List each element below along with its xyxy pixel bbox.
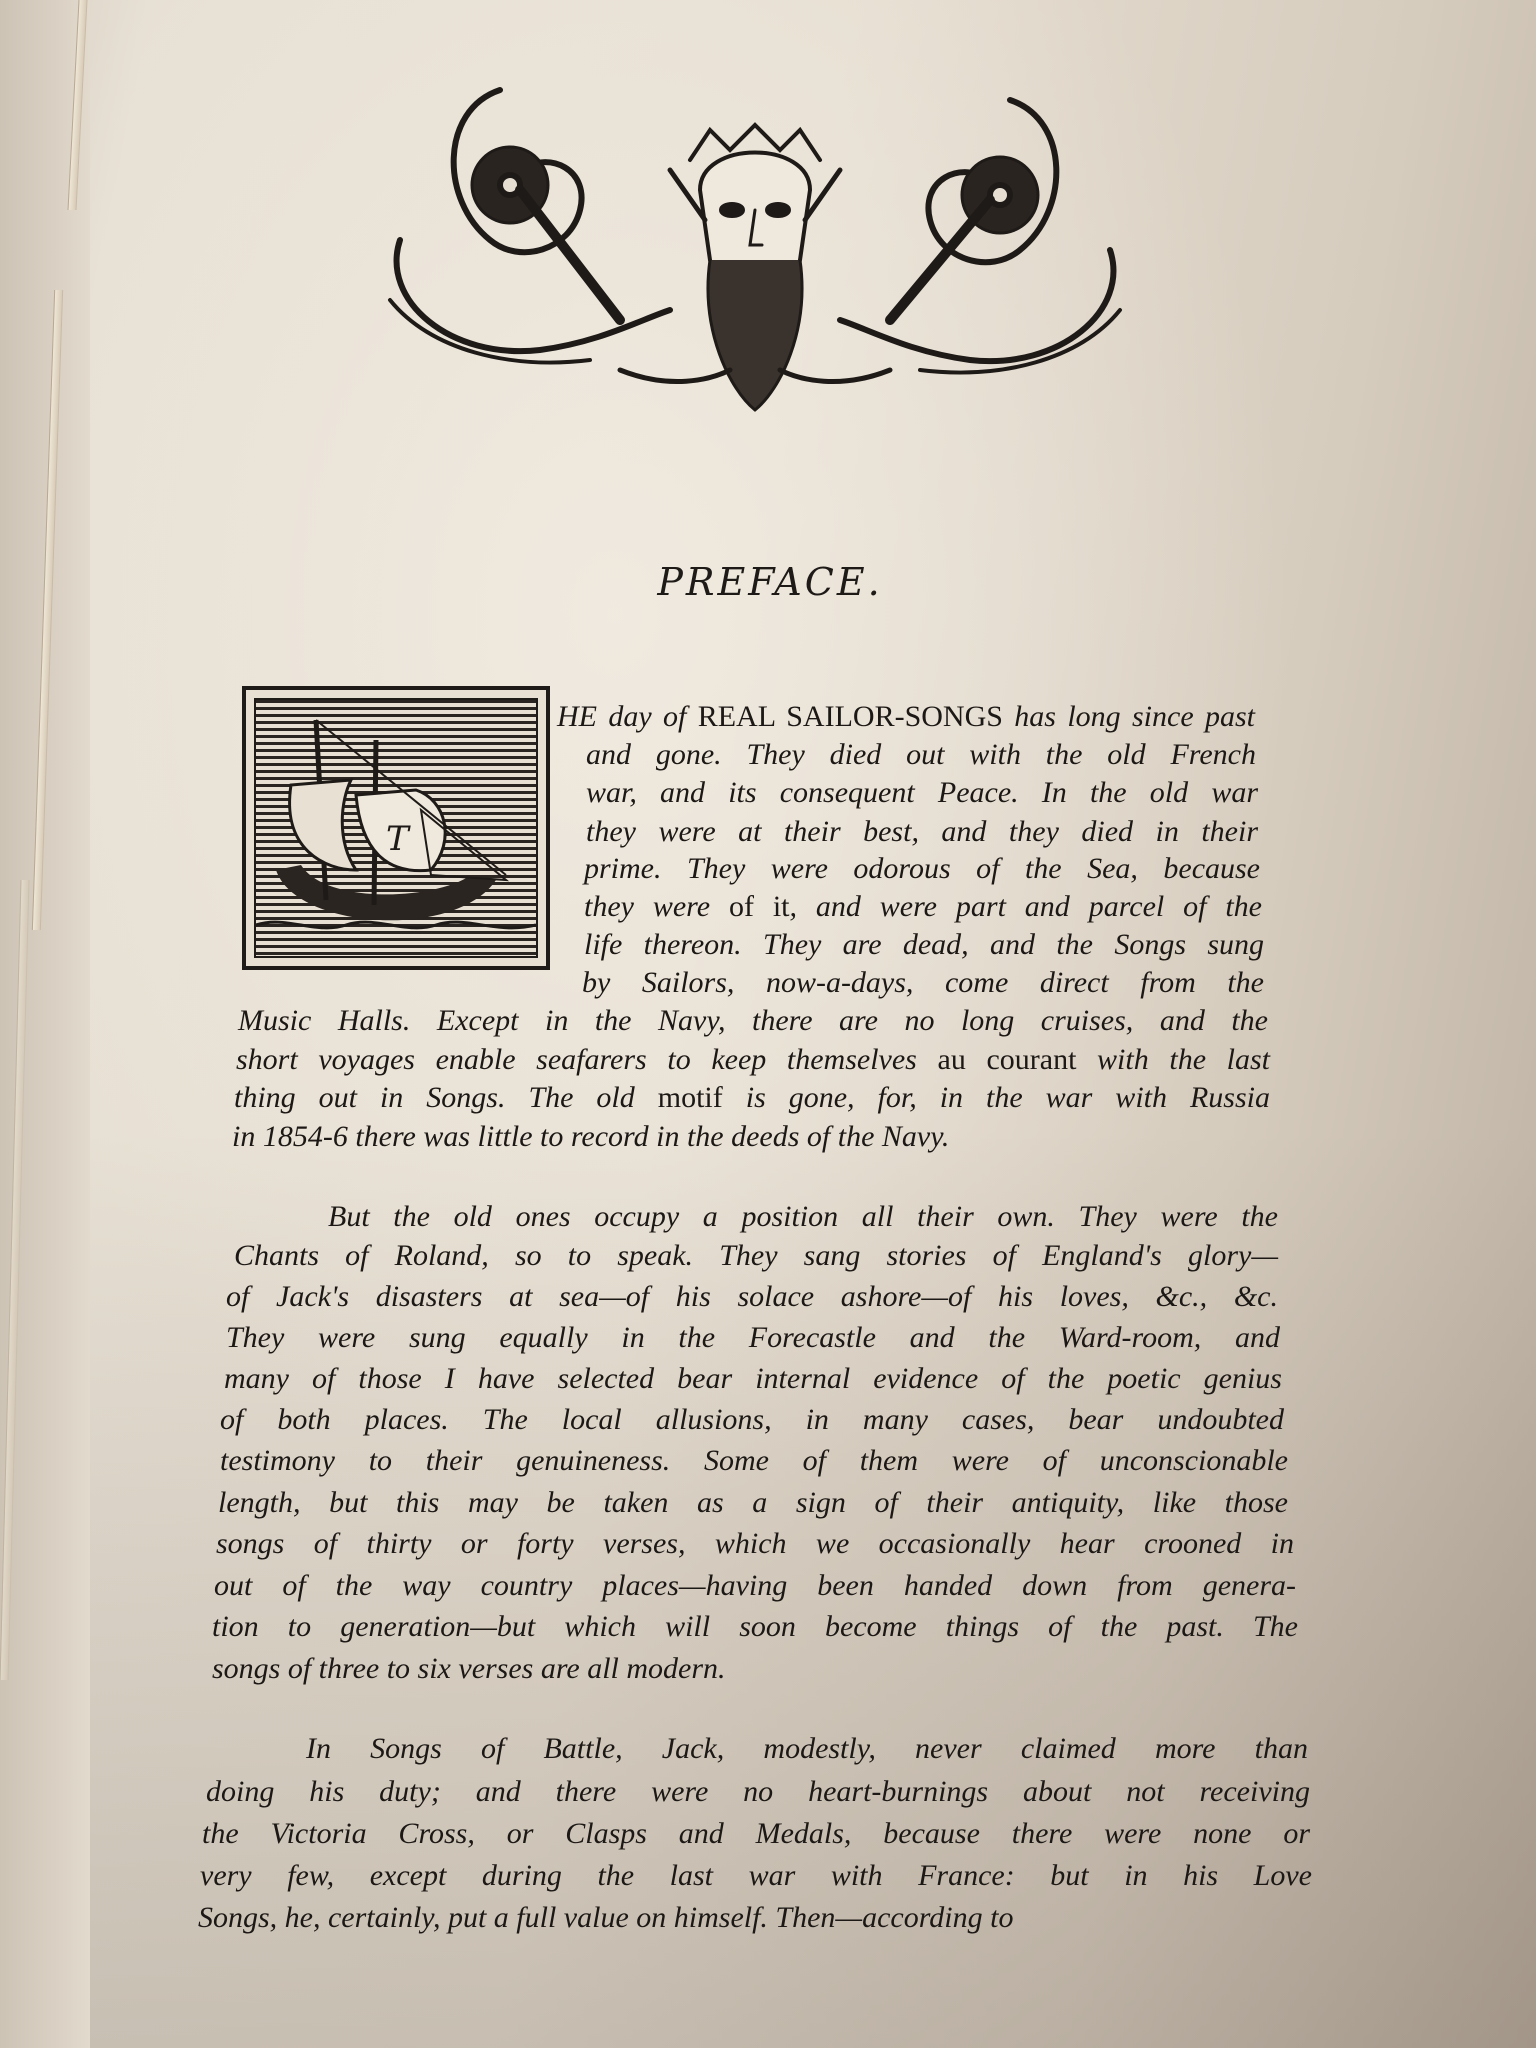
- text-line: life thereon. They are dead, and the Son…: [584, 928, 1264, 962]
- text-line: they were of it, and were part and parce…: [584, 890, 1262, 924]
- italic-text: , and were part and parcel of the: [790, 890, 1262, 923]
- text-line: songs of three to six verses are all mod…: [212, 1652, 880, 1686]
- italic-text: They were sung equally in the Forecastle…: [226, 1321, 1280, 1354]
- text-line: Chants of Roland, so to speak. They sang…: [234, 1239, 1278, 1273]
- text-line: testimony to their genuineness. Some of …: [220, 1444, 1288, 1478]
- italic-text: testimony to their genuineness. Some of …: [220, 1444, 1288, 1477]
- text-line: doing his duty; and there were no heart-…: [206, 1775, 1310, 1809]
- svg-text:T: T: [386, 819, 411, 859]
- italic-text: and gone. They died out with the old Fre…: [586, 738, 1256, 771]
- italic-text: thing out in Songs. The old: [234, 1081, 658, 1114]
- roman-text: of it: [729, 890, 790, 923]
- small-caps-text: REAL SAILOR-SONGS: [698, 700, 1003, 733]
- text-line: and gone. They died out with the old Fre…: [586, 738, 1256, 772]
- text-line: In Songs of Battle, Jack, modestly, neve…: [306, 1732, 1308, 1766]
- text-line: But the old ones occupy a position all t…: [328, 1200, 1278, 1234]
- text-line: short voyages enable seafarers to keep t…: [236, 1043, 1270, 1077]
- text-line: Songs, he, certainly, put a full value o…: [198, 1901, 1316, 1935]
- text-line: by Sailors, now-a-days, come direct from…: [582, 966, 1264, 1000]
- text-line: They were sung equally in the Forecastle…: [226, 1321, 1280, 1355]
- text-line: the Victoria Cross, or Clasps and Medals…: [202, 1817, 1310, 1851]
- roman-text: au courant: [938, 1043, 1077, 1076]
- italic-text: In Songs of Battle, Jack, modestly, neve…: [306, 1732, 1308, 1765]
- headpiece-ornament-icon: [370, 70, 1140, 425]
- dropcap-woodcut: T: [242, 686, 550, 970]
- text-line: length, but this may be taken as a sign …: [218, 1486, 1288, 1520]
- italic-text: length, but this may be taken as a sign …: [218, 1486, 1288, 1519]
- roman-text: motif: [658, 1081, 723, 1114]
- italic-text: doing his duty; and there were no heart-…: [206, 1775, 1310, 1808]
- italic-text: is gone, for, in the war with Russia: [723, 1081, 1270, 1114]
- italic-text: Music Halls. Except in the Navy, there a…: [238, 1004, 1268, 1037]
- text-line: Music Halls. Except in the Navy, there a…: [238, 1004, 1268, 1038]
- italic-text: life thereon. They are dead, and the Son…: [584, 928, 1264, 961]
- page-title: PREFACE.: [640, 560, 900, 604]
- italic-text: of Jack's disasters at sea—of his solace…: [226, 1280, 1278, 1313]
- italic-text: But the old ones occupy a position all t…: [328, 1200, 1278, 1233]
- text-line: in 1854-6 there was little to record in …: [232, 1120, 1144, 1154]
- text-line: out of the way country places—having bee…: [214, 1569, 1296, 1603]
- italic-text: of both places. The local allusions, in …: [220, 1403, 1284, 1436]
- italic-text: Songs, he, certainly, put a full value o…: [198, 1901, 1013, 1934]
- italic-text: out of the way country places—having bee…: [214, 1569, 1296, 1602]
- text-line: war, and its consequent Peace. In the ol…: [586, 776, 1258, 810]
- italic-text: very few, except during the last war wit…: [200, 1859, 1312, 1892]
- text-line: songs of thirty or forty verses, which w…: [216, 1527, 1294, 1561]
- italic-text: has long since past: [1003, 700, 1255, 733]
- ship-icon: T: [256, 700, 536, 956]
- text-line: of Jack's disasters at sea—of his solace…: [226, 1280, 1278, 1314]
- text-line: HE day of REAL SAILOR-SONGS has long sin…: [557, 700, 1255, 734]
- italic-text: with the last: [1076, 1043, 1270, 1076]
- text-line: of both places. The local allusions, in …: [220, 1403, 1284, 1437]
- italic-text: HE day of: [557, 700, 698, 733]
- text-line: they were at their best, and they died i…: [586, 815, 1258, 849]
- italic-text: many of those I have selected bear inter…: [224, 1362, 1282, 1395]
- italic-text: songs of three to six verses are all mod…: [212, 1652, 726, 1685]
- text-line: prime. They were odorous of the Sea, bec…: [584, 852, 1260, 886]
- text-line: thing out in Songs. The old motif is gon…: [234, 1081, 1270, 1115]
- italic-text: they were at their best, and they died i…: [586, 815, 1258, 848]
- italic-text: war, and its consequent Peace. In the ol…: [586, 776, 1258, 809]
- italic-text: in 1854-6 there was little to record in …: [232, 1120, 949, 1153]
- italic-text: they were: [584, 890, 729, 923]
- text-line: tion to generation—but which will soon b…: [212, 1610, 1298, 1644]
- italic-text: tion to generation—but which will soon b…: [212, 1610, 1298, 1643]
- text-line: many of those I have selected bear inter…: [224, 1362, 1282, 1396]
- italic-text: Chants of Roland, so to speak. They sang…: [234, 1239, 1278, 1272]
- italic-text: short voyages enable seafarers to keep t…: [236, 1043, 938, 1076]
- italic-text: by Sailors, now-a-days, come direct from…: [582, 966, 1264, 999]
- text-line: very few, except during the last war wit…: [200, 1859, 1312, 1893]
- book-gutter: [0, 0, 90, 2048]
- italic-text: songs of thirty or forty verses, which w…: [216, 1527, 1294, 1560]
- italic-text: prime. They were odorous of the Sea, bec…: [584, 852, 1260, 885]
- italic-text: the Victoria Cross, or Clasps and Medals…: [202, 1817, 1310, 1850]
